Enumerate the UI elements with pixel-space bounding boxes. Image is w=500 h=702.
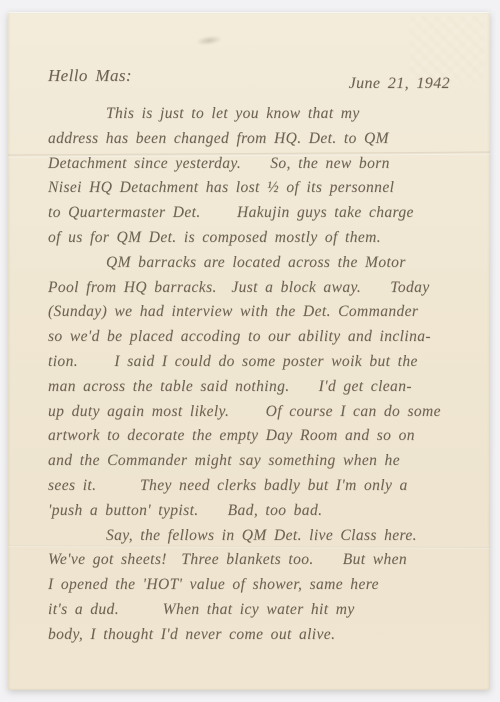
letter-line: so we'd be placed accoding to our abilit… bbox=[48, 325, 466, 350]
letter-line: Nisei HQ Detachment has lost ½ of its pe… bbox=[48, 176, 466, 201]
letter-line: artwork to decorate the empty Day Room a… bbox=[48, 424, 466, 449]
letter-line: Detachment since yesterday. So, the new … bbox=[48, 152, 466, 177]
letter-line: QM barracks are located across the Motor bbox=[48, 251, 466, 276]
letter-line: to Quartermaster Det. Hakujin guys take … bbox=[48, 201, 466, 226]
letter-line: This is just to let you know that my bbox=[48, 102, 466, 127]
letter-line: address has been changed from HQ. Det. t… bbox=[48, 127, 466, 152]
letter-line: of us for QM Det. is composed mostly of … bbox=[48, 226, 466, 251]
letter-paper: Hello Mas: June 21, 1942 This is just to… bbox=[8, 12, 490, 690]
pencil-smudge bbox=[196, 34, 223, 47]
letter-line: man across the table said nothing. I'd g… bbox=[48, 375, 466, 400]
letter-date: June 21, 1942 bbox=[349, 75, 450, 93]
letter-line: We've got sheets! Three blankets too. Bu… bbox=[48, 548, 466, 573]
salutation: Hello Mas: bbox=[48, 66, 132, 86]
letter-line: I opened the 'HOT' value of shower, same… bbox=[48, 573, 466, 598]
letter-body: This is just to let you know that my add… bbox=[48, 102, 466, 648]
letter-line: Say, the fellows in QM Det. live Class h… bbox=[48, 524, 466, 549]
letter-line: and the Commander might say something wh… bbox=[48, 449, 466, 474]
letter-header: Hello Mas: June 21, 1942 bbox=[48, 66, 462, 93]
letter-line: up duty again most likely. Of course I c… bbox=[48, 400, 466, 425]
letter-line: (Sunday) we had interview with the Det. … bbox=[48, 300, 466, 325]
letter-line: tion. I said I could do some poster woik… bbox=[48, 350, 466, 375]
letter-line: 'push a button' typist. Bad, too bad. bbox=[48, 499, 466, 524]
letter-line: body, I thought I'd never come out alive… bbox=[48, 623, 466, 648]
letter-line: Pool from HQ barracks. Just a block away… bbox=[48, 276, 466, 301]
letter-line: it's a dud. When that icy water hit my bbox=[48, 598, 466, 623]
scan-background: Hello Mas: June 21, 1942 This is just to… bbox=[0, 0, 500, 702]
letter-line: sees it. They need clerks badly but I'm … bbox=[48, 474, 466, 499]
